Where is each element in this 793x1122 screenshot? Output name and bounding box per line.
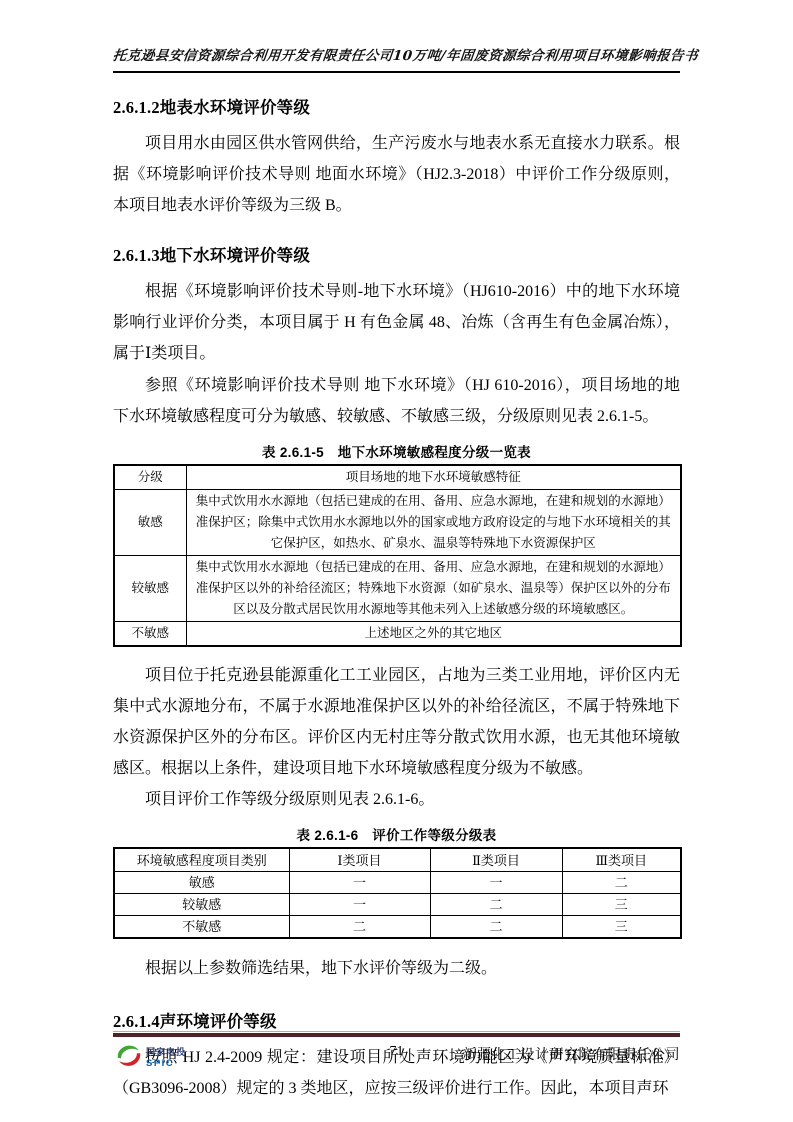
table1-desc-cell: 集中式饮用水水源地（包括已建成的在用、备用、应急水源地，在建和规划的水源地）准保… bbox=[186, 556, 681, 622]
table2-header-category: 环境敏感程度项目类别 bbox=[114, 848, 289, 872]
table-row: 环境敏感程度项目类别 Ⅰ类项目 Ⅱ类项目 Ⅲ类项目 bbox=[114, 848, 681, 872]
footer-rule-thin bbox=[113, 1031, 680, 1032]
table2-value-cell: 二 bbox=[562, 872, 681, 894]
table-row: 不敏感 上述地区之外的其它地区 bbox=[114, 622, 681, 647]
table2-value-cell: 一 bbox=[430, 872, 562, 894]
table2-value-cell: 一 bbox=[289, 872, 430, 894]
paragraph-groundwater-class: 根据《环境影响评价技术导则-地下水环境》（HJ610-2016）中的地下水环境影… bbox=[113, 276, 680, 369]
footer-rule bbox=[113, 1033, 680, 1037]
table2-value-cell: 二 bbox=[430, 916, 562, 939]
paragraph-result: 根据以上参数筛选结果，地下水评价等级为二级。 bbox=[113, 953, 680, 984]
table-row: 敏感 一 一 二 bbox=[114, 872, 681, 894]
paragraph-see-table-6: 项目评价工作等级分级原则见表 2.6.1-6。 bbox=[113, 784, 680, 815]
table2-value-cell: 一 bbox=[289, 894, 430, 916]
table2-label-cell: 不敏感 bbox=[114, 916, 289, 939]
table2-header-class1: Ⅰ类项目 bbox=[289, 848, 430, 872]
document-page: 托克逊县安信资源综合利用开发有限责任公司10万吨/年固废资源综合利用项目环境影响… bbox=[0, 0, 793, 1122]
table1-header-feature: 项目场地的地下水环境敏感特征 bbox=[186, 465, 681, 490]
footer-company-name: 新疆化工设计研究院有限责任公司 bbox=[463, 1044, 681, 1064]
table1-caption: 表 2.6.1-5 地下水环境敏感程度分级一览表 bbox=[113, 441, 680, 461]
document-body: 2.6.1.2地表水环境评价等级 项目用水由园区供水管网供给，生产污废水与地表水… bbox=[113, 94, 680, 1104]
table-row: 较敏感 一 二 三 bbox=[114, 894, 681, 916]
page-header: 托克逊县安信资源综合利用开发有限责任公司10万吨/年固废资源综合利用项目环境影响… bbox=[113, 0, 680, 73]
table1-grade-cell: 敏感 bbox=[114, 490, 186, 556]
table1-grade-cell: 不敏感 bbox=[114, 622, 186, 647]
paragraph-surface-water: 项目用水由园区供水管网供给，生产污废水与地表水系无直接水力联系。根据《环境影响评… bbox=[113, 128, 680, 221]
header-rule bbox=[113, 71, 680, 73]
table-row: 不敏感 二 二 三 bbox=[114, 916, 681, 939]
table2-value-cell: 三 bbox=[562, 894, 681, 916]
paragraph-site-location: 项目位于托克逊县能源重化工工业园区，占地为三类工业用地，评价区内无集中式水源地分… bbox=[113, 660, 680, 784]
table1-desc-cell: 集中式饮用水水源地（包括已建成的在用、备用、应急水源地，在建和规划的水源地）准保… bbox=[186, 490, 681, 556]
table1-grade-cell: 较敏感 bbox=[114, 556, 186, 622]
table-evaluation-grade: 环境敏感程度项目类别 Ⅰ类项目 Ⅱ类项目 Ⅲ类项目 敏感 一 一 二 较敏感 一… bbox=[113, 847, 682, 939]
spic-logo-en-label: SPIC bbox=[146, 1059, 186, 1069]
table-row: 较敏感 集中式饮用水水源地（包括已建成的在用、备用、应急水源地，在建和规划的水源… bbox=[114, 556, 681, 622]
table2-header-class3: Ⅲ类项目 bbox=[562, 848, 681, 872]
table-groundwater-sensitivity: 分级 项目场地的地下水环境敏感特征 敏感 集中式饮用水水源地（包括已建成的在用、… bbox=[113, 464, 682, 647]
table2-label-cell: 敏感 bbox=[114, 872, 289, 894]
heading-2-6-1-3: 2.6.1.3地下水环境评价等级 bbox=[113, 242, 680, 266]
page-footer: 国家电投 SPIC 71 新疆化工设计研究院有限责任公司 bbox=[113, 1031, 680, 1076]
table2-value-cell: 二 bbox=[430, 894, 562, 916]
heading-2-6-1-2: 2.6.1.2地表水环境评价等级 bbox=[113, 94, 680, 118]
header-title: 托克逊县安信资源综合利用开发有限责任公司10万吨/年固废资源综合利用项目环境影响… bbox=[112, 44, 681, 64]
table1-desc-cell: 上述地区之外的其它地区 bbox=[186, 622, 681, 647]
paragraph-groundwater-sensitivity: 参照《环境影响评价技术导则 地下水环境》（HJ 610-2016），项目场地的地… bbox=[113, 370, 680, 432]
heading-2-6-1-4: 2.6.1.4声环境评价等级 bbox=[113, 1008, 680, 1032]
table2-header-class2: Ⅱ类项目 bbox=[430, 848, 562, 872]
table2-caption: 表 2.6.1-6 评价工作等级分级表 bbox=[113, 824, 680, 844]
table2-value-cell: 二 bbox=[289, 916, 430, 939]
table-row: 分级 项目场地的地下水环境敏感特征 bbox=[114, 465, 681, 490]
table2-label-cell: 较敏感 bbox=[114, 894, 289, 916]
table-row: 敏感 集中式饮用水水源地（包括已建成的在用、备用、应急水源地，在建和规划的水源地… bbox=[114, 490, 681, 556]
footer-row: 国家电投 SPIC 71 新疆化工设计研究院有限责任公司 bbox=[113, 1042, 680, 1076]
table2-value-cell: 三 bbox=[562, 916, 681, 939]
table1-header-grade: 分级 bbox=[114, 465, 186, 490]
